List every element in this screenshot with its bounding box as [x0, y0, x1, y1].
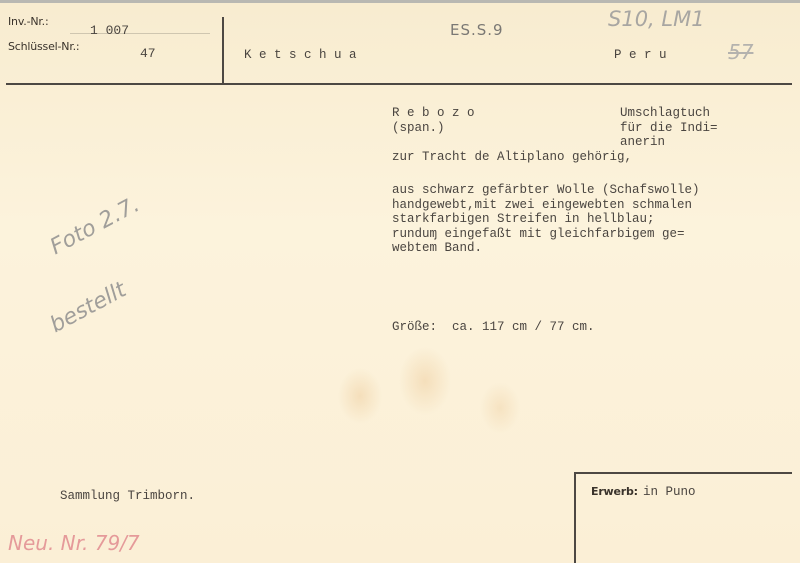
acquisition-box-top: [575, 472, 792, 474]
country: P e r u: [614, 48, 667, 63]
collection-name: Sammlung Trimborn.: [60, 489, 195, 504]
key-number-label: Schlüssel-Nr.:: [8, 40, 79, 53]
object-context: zur Tracht de Altiplano gehörig,: [392, 150, 632, 165]
inventory-number-label: Inv.-Nr.:: [8, 15, 48, 28]
handwritten-ordered-note: bestellt: [46, 277, 130, 338]
handwritten-photo-note: Foto 2.7.: [46, 192, 144, 260]
ethnic-group: K e t s c h u a: [244, 48, 357, 63]
acquisition-label: Erwerb:: [591, 485, 638, 498]
handwritten-classification: ES.S.9: [450, 21, 504, 39]
object-description: aus schwarz gefärbter Wolle (Schafswolle…: [392, 183, 700, 256]
acquisition-value: in Puno: [643, 485, 696, 500]
object-size: Größe: ca. 117 cm / 77 cm.: [392, 320, 595, 335]
header-divider: [222, 17, 224, 85]
object-name-note: (span.): [392, 121, 445, 136]
handwritten-new-number: Neu. Nr. 79/7: [8, 531, 140, 555]
header-rule: [6, 83, 792, 85]
inventory-number-value: 1 007: [90, 24, 129, 39]
handwritten-struck-number: 57: [728, 40, 753, 64]
acquisition-box-left: [574, 472, 576, 563]
catalog-card: Inv.-Nr.: 1 007 Schlüssel-Nr.: 47 K e t …: [0, 3, 800, 563]
object-name: R e b o z o: [392, 106, 475, 121]
key-number-value: 47: [140, 47, 156, 62]
object-translation: Umschlagtuch für die Indi= anerin: [620, 106, 718, 150]
handwritten-code: S10, LM1: [608, 7, 705, 31]
